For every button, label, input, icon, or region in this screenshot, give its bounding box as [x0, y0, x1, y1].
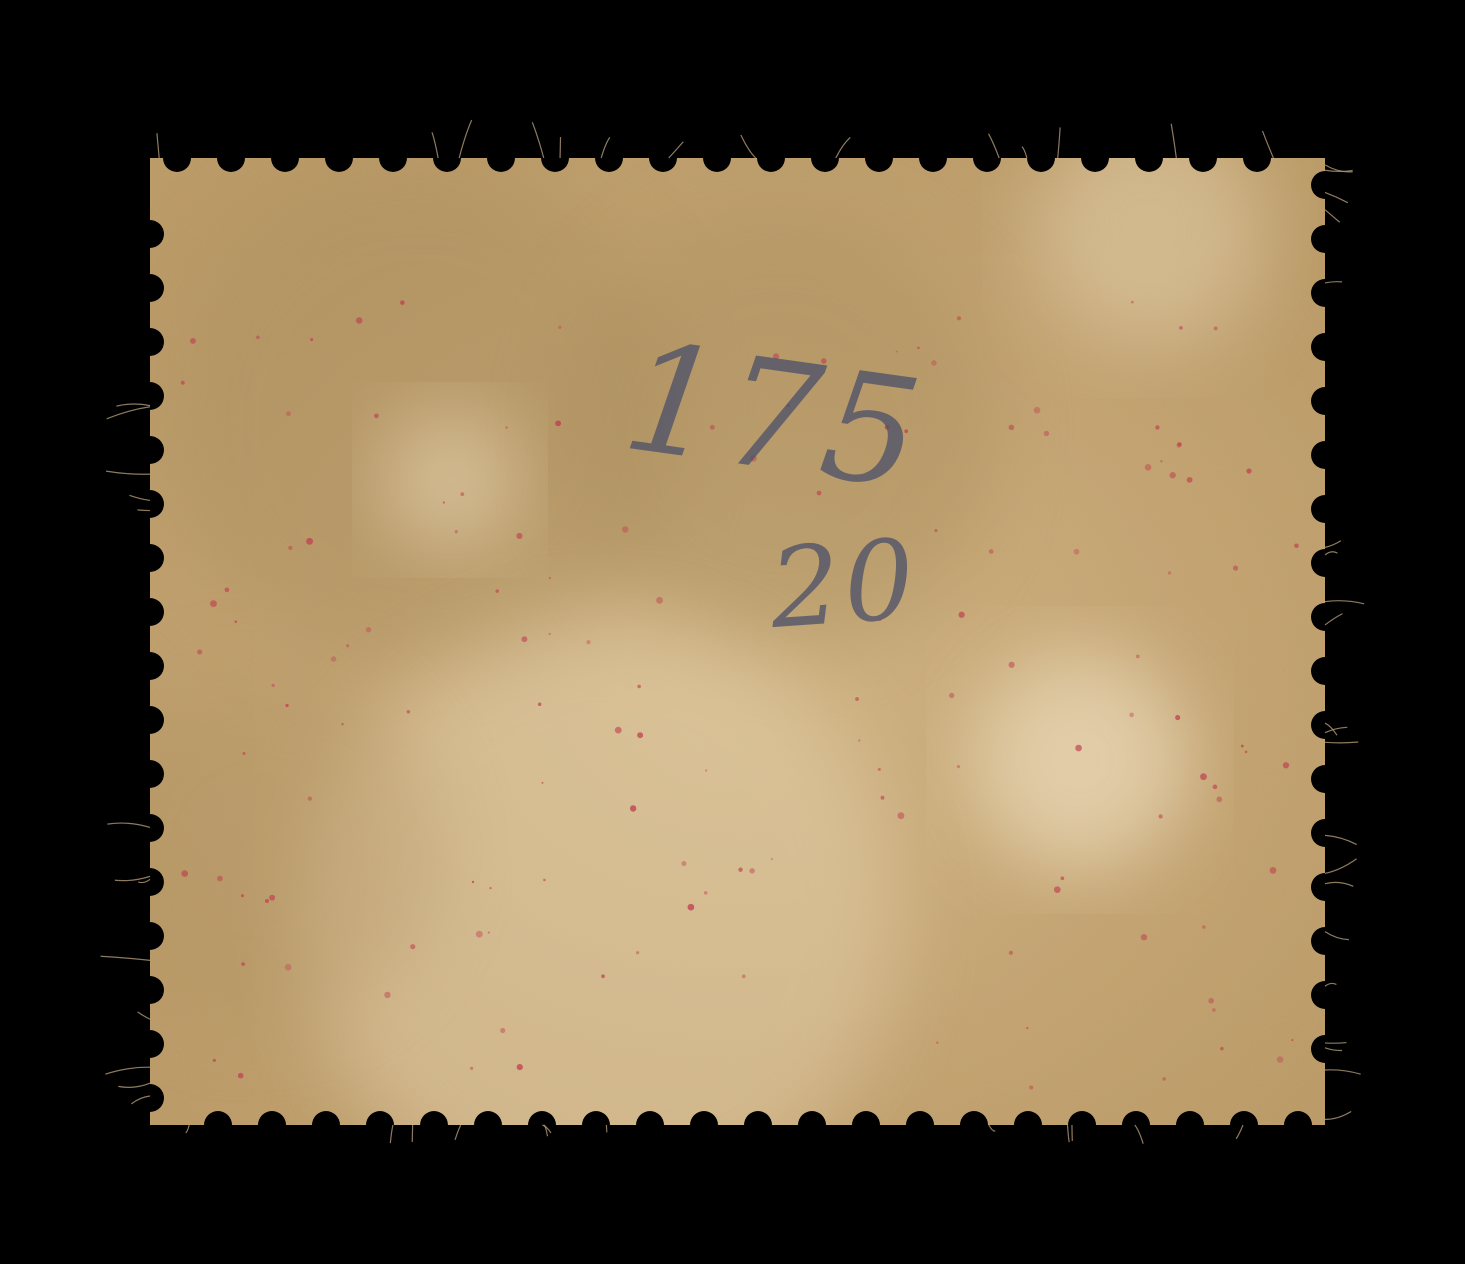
pencil-note-value: 20 — [766, 515, 923, 653]
stamp-photo: 175 20 — [0, 0, 1465, 1264]
stamp-back — [0, 0, 1465, 1264]
